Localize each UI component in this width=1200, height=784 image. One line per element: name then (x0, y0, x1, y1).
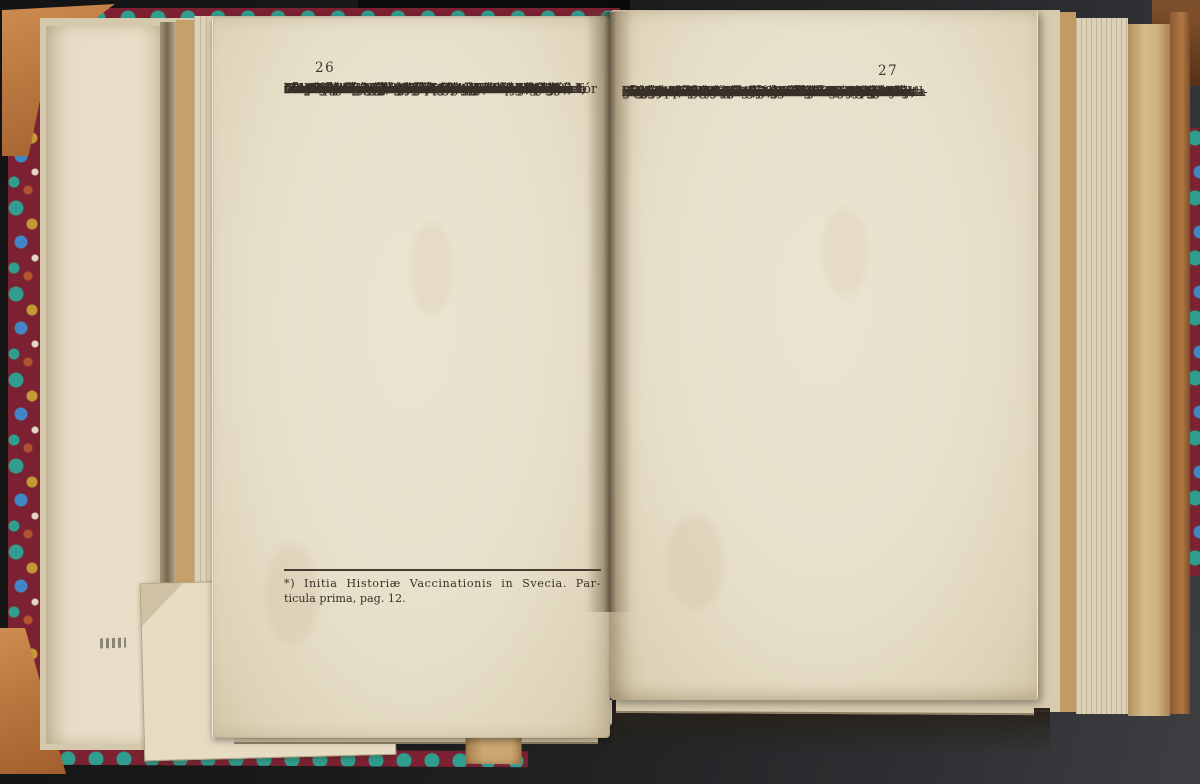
footnote: *) Initia Historiæ Vaccinationis in Svec… (284, 576, 601, 606)
page-number: 26 (315, 60, 335, 76)
page-stack-right-fold (1128, 24, 1170, 716)
bottom-shadow-right (598, 708, 1050, 758)
page-26: 26 'den lyckliga fórmågan att utan långt… (212, 16, 610, 738)
text-line: Kongl. Maj:t vidare finge ófverse och gr… (622, 85, 924, 101)
page-stack-right-tan-insert (1060, 12, 1076, 712)
book-photograph: 26 'den lyckliga fórmågan att utan långt… (0, 0, 1200, 784)
text-line: *) Initia Historiæ Vaccinationis in Svec… (284, 576, 601, 591)
page-number: 27 (878, 63, 898, 79)
text-line: ticula prima, pag. 12. (284, 591, 601, 606)
page-stack-right-edges (1076, 18, 1128, 714)
underpage-fold-corner (141, 583, 184, 626)
page-27: 27 fórgåfves af denna mannens skicklighe… (610, 10, 1038, 700)
footnote-rule (284, 569, 601, 571)
gutter-shadow (586, 12, 632, 612)
ink-smudge (100, 638, 126, 649)
page-stack-right-cover-edge (1170, 12, 1190, 714)
text-line: denna lyckliga bórjan,' våntade man icke (284, 82, 555, 98)
